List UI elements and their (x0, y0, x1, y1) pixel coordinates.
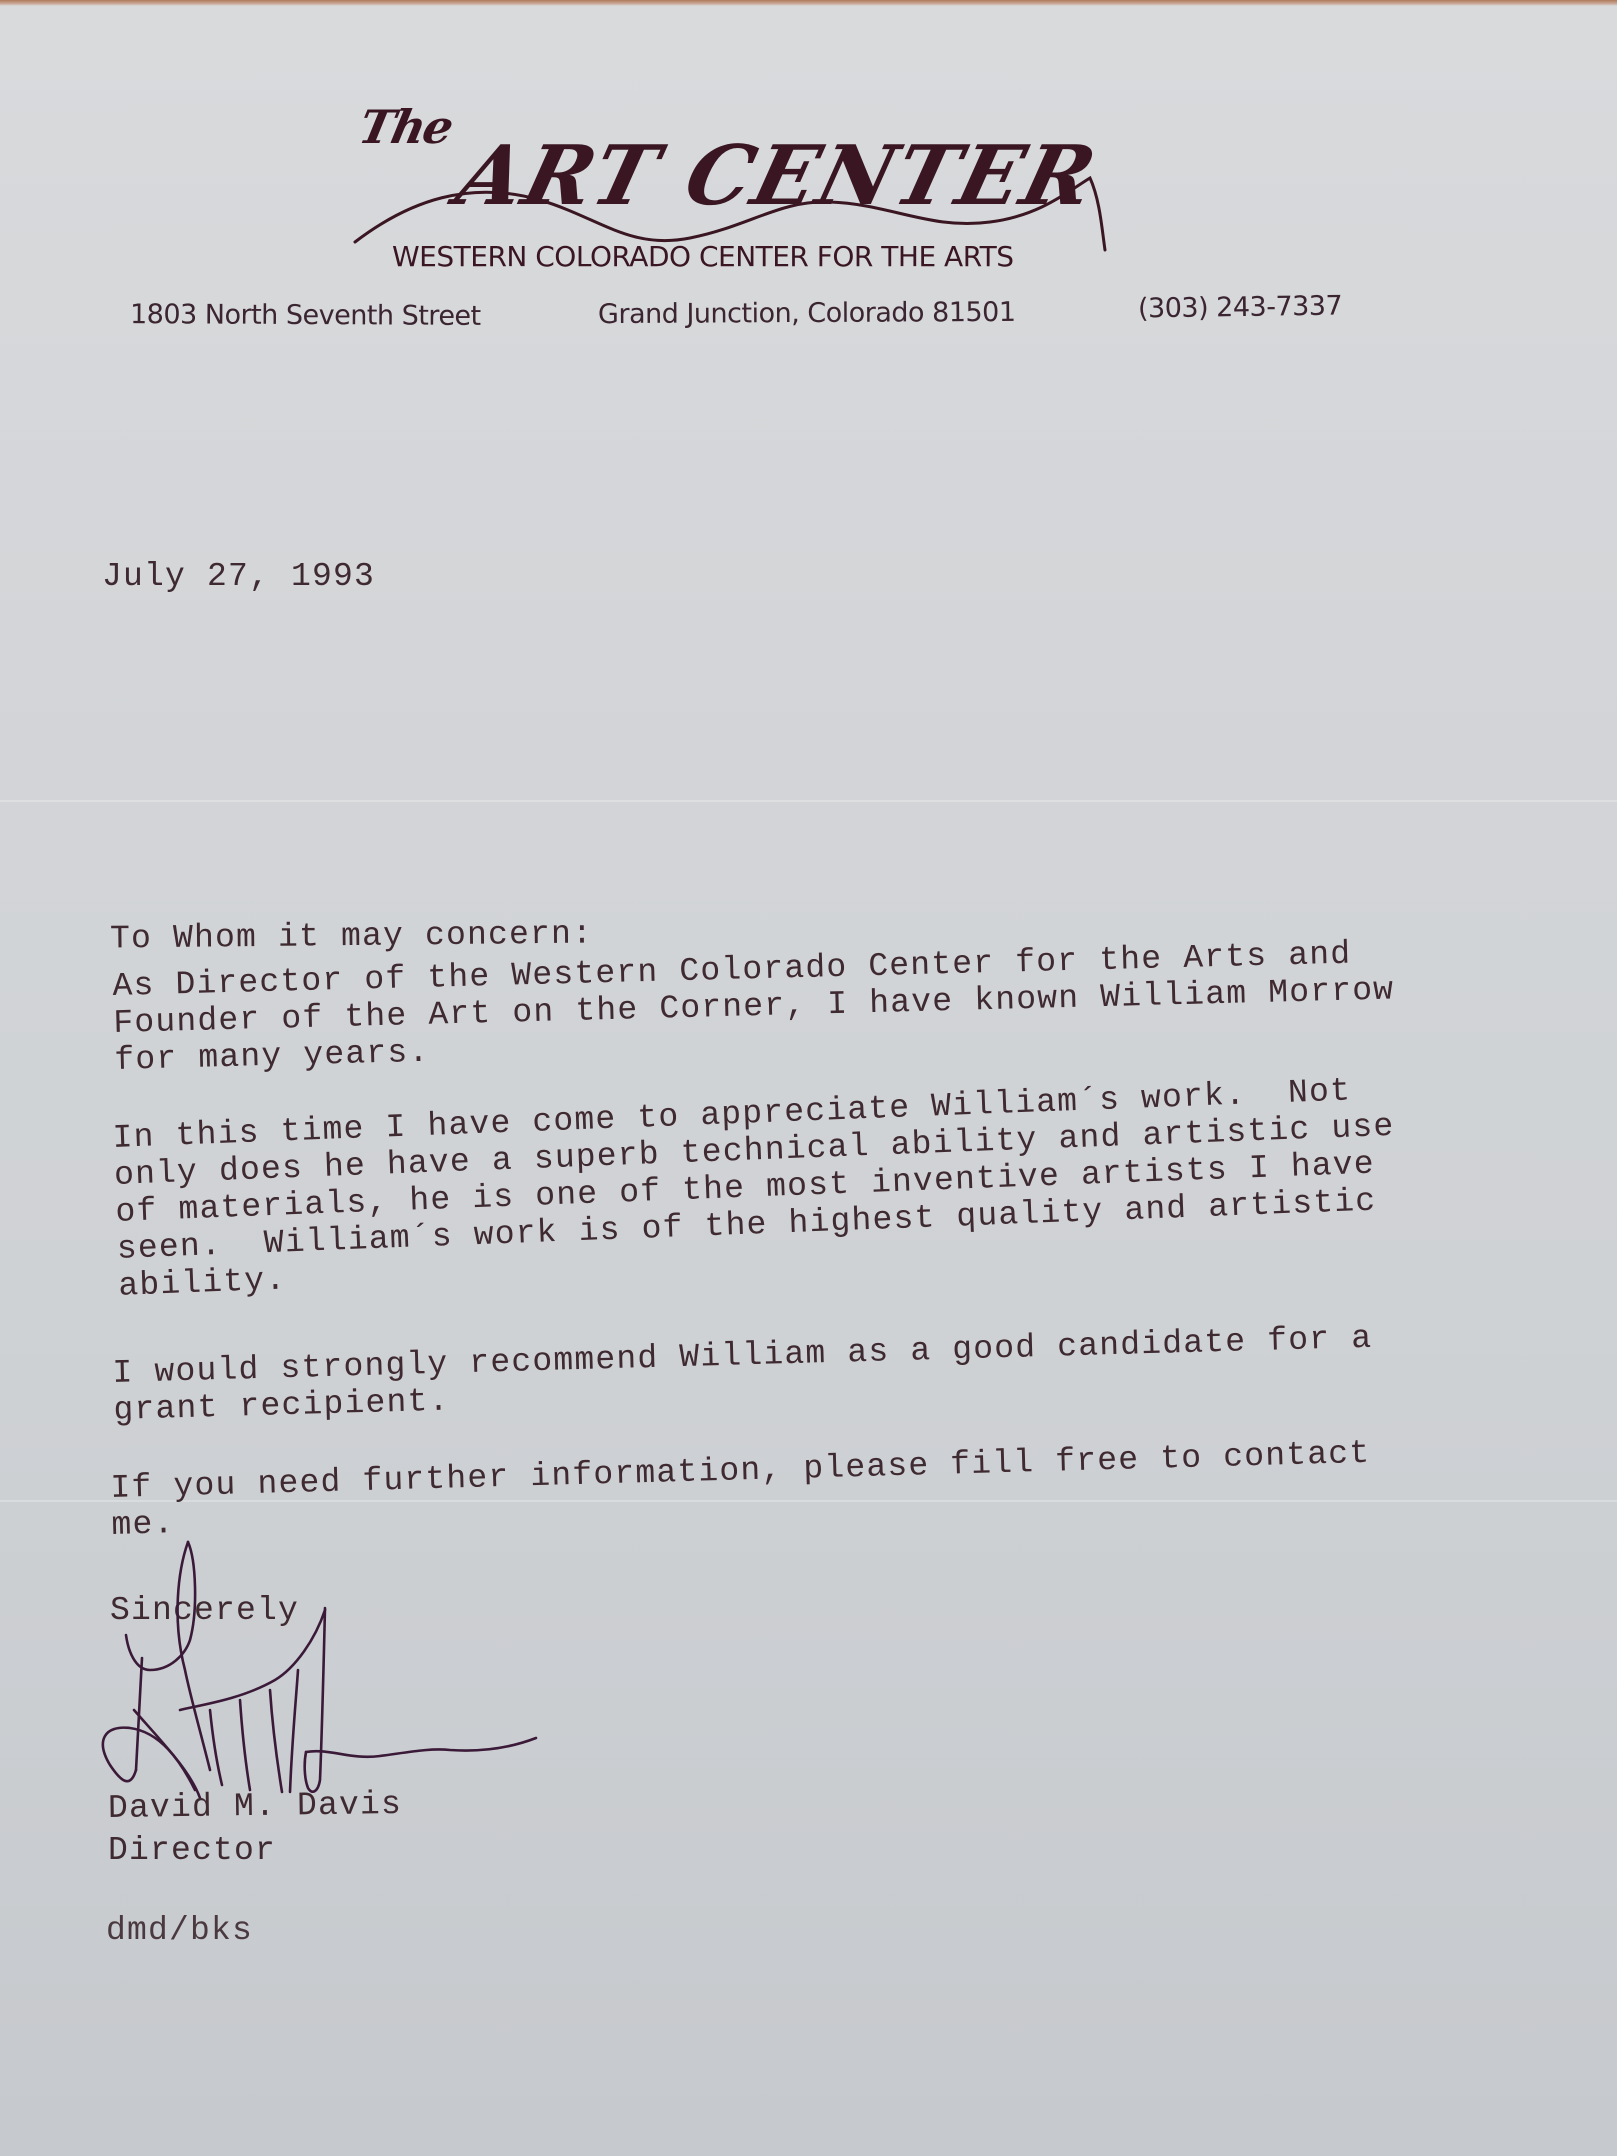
letter-paragraph-2: In this time I have come to appreciate W… (112, 1071, 1399, 1305)
letterhead-subtitle: WESTERN COLORADO CENTER FOR THE ARTS (392, 240, 1014, 273)
letterhead-street: 1803 North Seventh Street (130, 299, 481, 332)
letterhead-logo: The ART CENTER WESTERN COLORADO CENTER F… (350, 100, 1110, 280)
paper-top-edge (0, 0, 1617, 6)
letterhead-city: Grand Junction, Colorado 81501 (598, 297, 1016, 330)
letter-page: The ART CENTER WESTERN COLORADO CENTER F… (0, 0, 1617, 2156)
letterhead-phone: (303) 243-7337 (1138, 291, 1343, 325)
signer-name: David M. Davis (108, 1786, 403, 1827)
reference-initials: dmd/bks (106, 1912, 253, 1949)
letter-paragraph-4: If you need further information, please … (110, 1435, 1372, 1544)
letter-date: July 27, 1993 (102, 558, 375, 595)
paper-fold-crease (0, 800, 1617, 802)
letter-salutation: To Whom it may concern: (110, 915, 593, 957)
logo-the-text: The (354, 100, 456, 154)
letter-paragraph-1: As Director of the Western Colorado Cent… (112, 934, 1396, 1078)
signer-title: Director (108, 1832, 276, 1869)
letter-paragraph-3: I would strongly recommend William as a … (112, 1320, 1374, 1429)
